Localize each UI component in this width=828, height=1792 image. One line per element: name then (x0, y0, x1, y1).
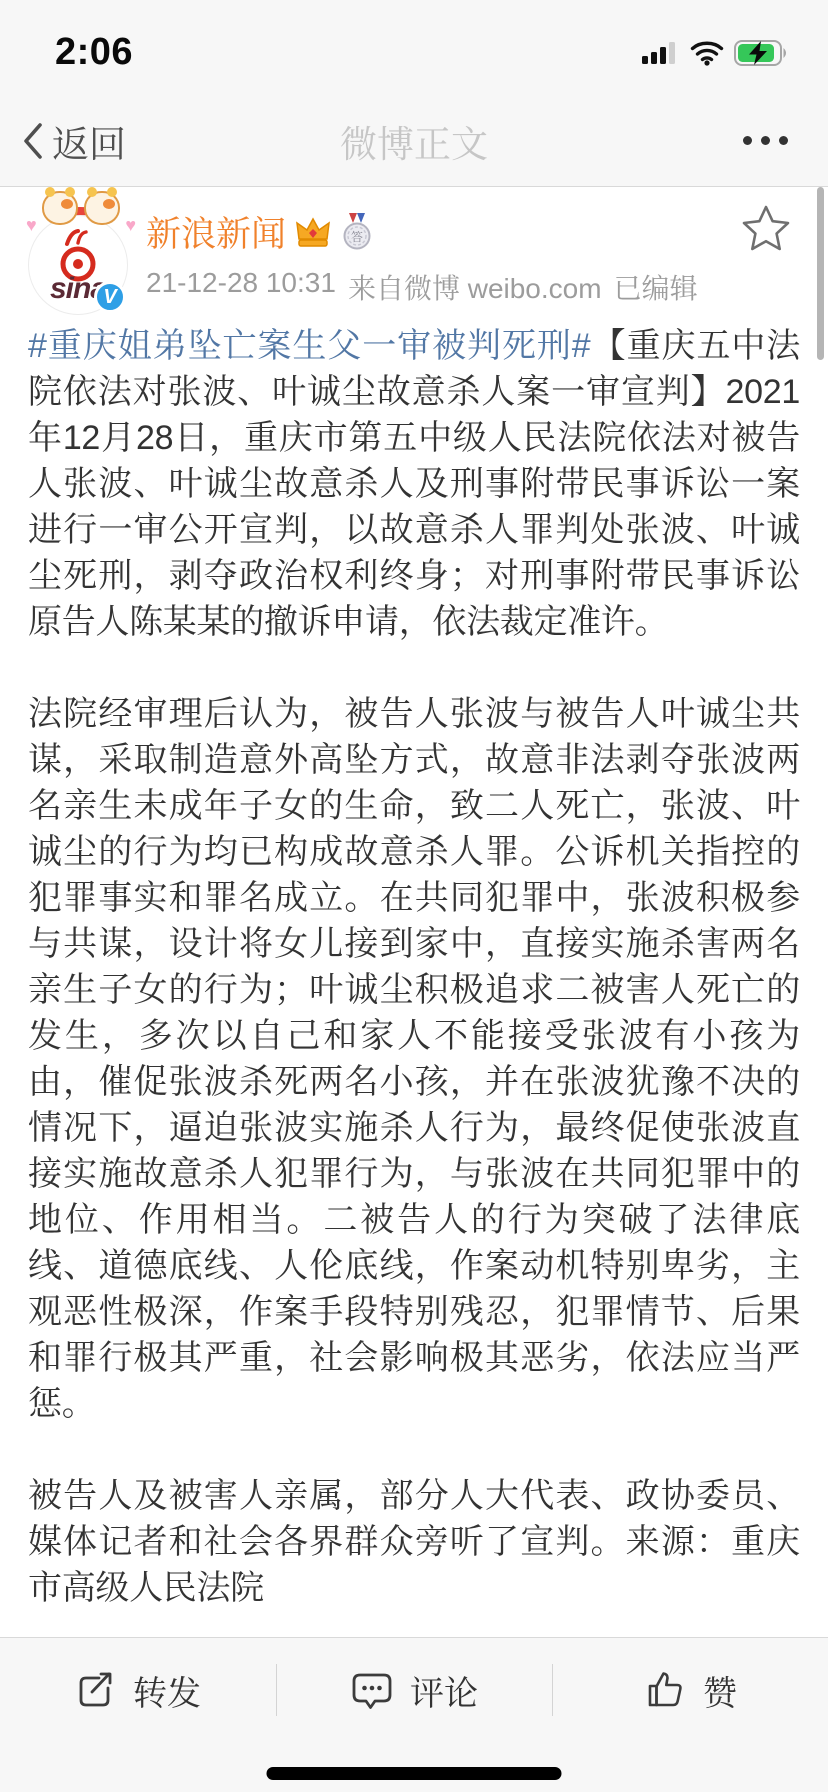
weibo-post-screen: 2:06 (0, 0, 828, 1792)
dot-icon (761, 136, 770, 145)
author-name[interactable]: 新浪新闻 (146, 207, 286, 257)
repost-button[interactable]: 转发 (0, 1666, 276, 1715)
paragraph-1: #重庆姐弟坠亡案生父一审被判死刑#【重庆五中法院依法对张波、叶诚尘故意杀人案一审… (28, 323, 800, 645)
paragraph-2: 法院经审理后认为，被告人张波与被告人叶诚尘共谋，采取制造意外高坠方式，故意非法剥… (28, 691, 800, 1427)
back-label: 返回 (52, 114, 126, 168)
page-title: 微博正文 (260, 114, 568, 168)
action-toolbar: 转发 评论 (0, 1637, 828, 1792)
thumbs-up-icon (643, 1668, 687, 1712)
scrollbar[interactable] (817, 187, 824, 360)
post-edited-flag[interactable]: 已编辑 (614, 267, 698, 307)
post-body-text: #重庆姐弟坠亡案生父一审被判死刑#【重庆五中法院依法对张波、叶诚尘故意杀人案一审… (0, 309, 828, 1611)
verified-badge: V (94, 281, 126, 313)
avatar-mascots-decoration: ♥ ♥ (30, 191, 130, 237)
repost-label: 转发 (133, 1666, 201, 1715)
home-indicator[interactable] (267, 1767, 562, 1780)
back-chevron-icon (22, 122, 44, 160)
dot-icon (779, 136, 788, 145)
post-source[interactable]: 来自微博 weibo.com (348, 267, 602, 307)
post-card: sina ♥ ♥ V 新浪新闻 (0, 187, 828, 1697)
qa-medal-icon: 答 (340, 212, 374, 252)
wifi-icon (690, 40, 724, 66)
nav-bar: 返回 微博正文 (0, 95, 828, 187)
like-label: 赞 (703, 1666, 737, 1715)
back-button[interactable]: 返回 (0, 114, 260, 168)
author-block: 新浪新闻 答 (146, 193, 800, 307)
status-bar: 2:06 (0, 0, 828, 95)
author-avatar[interactable]: sina ♥ ♥ V (28, 193, 132, 309)
like-button[interactable]: 赞 (552, 1666, 828, 1715)
paragraph-3: 被告人及被害人亲属，部分人大代表、政协委员、媒体记者和社会各界群众旁听了宣判。来… (28, 1473, 800, 1611)
comment-button[interactable]: 评论 (276, 1666, 552, 1715)
dot-icon (743, 136, 752, 145)
more-options-button[interactable] (568, 136, 828, 145)
comment-label: 评论 (410, 1666, 478, 1715)
hashtag-link[interactable]: #重庆姐弟坠亡案生父一审被判死刑# (28, 327, 590, 365)
status-icons (642, 40, 790, 66)
post-header: sina ♥ ♥ V 新浪新闻 (0, 187, 828, 309)
paragraph-1-text: 【重庆五中法院依法对张波、叶诚尘故意杀人案一审宣判】2021年12月28日，重庆… (28, 327, 800, 641)
qa-medal-char: 答 (351, 230, 363, 244)
vip-crown-icon (294, 215, 332, 249)
post-timestamp: 21-12-28 10:31 (146, 267, 336, 307)
favorite-star-button[interactable] (740, 203, 792, 253)
battery-charging-icon (734, 40, 790, 66)
post-meta: 21-12-28 10:31 来自微博 weibo.com 已编辑 (146, 267, 800, 307)
status-time: 2:06 (55, 31, 133, 74)
cellular-signal-icon (642, 41, 680, 65)
repost-icon (75, 1669, 117, 1711)
comment-icon (350, 1668, 394, 1712)
